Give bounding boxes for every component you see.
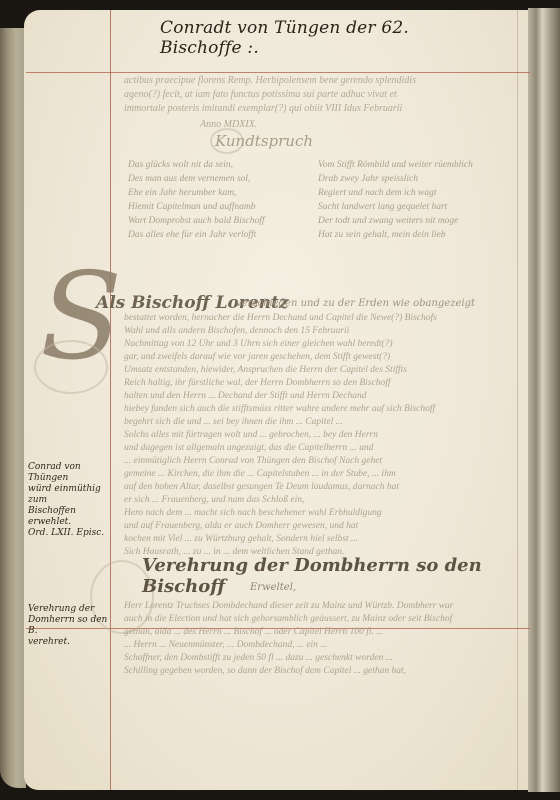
latin-line: immortale posteris imitandi exemplar(?) …	[124, 102, 514, 116]
margin-note-line: Domherrn so den B.	[28, 615, 110, 637]
section-heading: Verehrung der Dombherrn so den Bischoff	[142, 555, 560, 597]
header-rule	[26, 72, 530, 73]
body-line: auf den hohen Altar, daselbst gesungen T…	[124, 481, 516, 494]
verse-line: Sucht landwert lang gequelet hart	[318, 200, 518, 214]
verse-line: Das glücks wolt nit da sein,	[128, 158, 308, 172]
initial-flourish	[34, 340, 108, 394]
body-line: begehrt sich die und ... sei bey ihnen d…	[124, 416, 516, 429]
page-stack-left-edge	[0, 28, 26, 788]
margin-note-gifts: Verehrung der Domherrn so den B. verehre…	[28, 604, 110, 648]
body-line: Schaffner, den Dombstifft zu jeden 50 fl…	[124, 652, 516, 665]
body-line: halten und den Herrn ... Dechand der Sti…	[124, 390, 516, 403]
body-line: Solchs alles mit fürtragen wolt und ... …	[124, 429, 516, 442]
latin-anno: Anno MDXIX.	[200, 118, 560, 132]
body-line: ... Herrn ... Neuenmünster, ... Dombdech…	[124, 639, 516, 652]
margin-note-line: Conrad von Thüngen	[28, 462, 110, 484]
body-line: gemeine ... Kirchen, die ihm die ... Cap…	[124, 468, 516, 481]
body-line: Nachmittag von 12 Uhr und 3 Uhrn sich ei…	[124, 338, 516, 351]
verse-line: Des man aus dem vernemen sol,	[128, 172, 308, 186]
page-header: Conradt von Tüngen der 62. Bischoffe :.	[160, 18, 460, 58]
body-line: kochen mit Viel ... zu Würtzburg gehalt,…	[124, 533, 516, 546]
body-line: gar, und zweifels darauf wie vor jaren g…	[124, 351, 516, 364]
verse-line: Drab zwey Jahr speisslich	[318, 172, 518, 186]
body-line: bestattet worden, hernacher die Herrn De…	[124, 312, 516, 325]
verse-line: Vom Stifft Römbild und weiter rüemblich	[318, 158, 518, 172]
section-subheading: Erweltel,	[250, 582, 296, 593]
body-line: und auf Frauenberg, alda er auch Domherr…	[124, 520, 516, 533]
verse-line: Das alles ehe für ein Jahr verlofft	[128, 228, 308, 242]
verse-line: Hiemit Capitelman und auffnamb	[128, 200, 308, 214]
body-line: Umsatz entstanden, hiewider, Anspruchen …	[124, 364, 516, 377]
verse-line: Hat zu sein gehalt, mein dein lieb	[318, 228, 518, 242]
margin-note-line: Ord. LXII. Episc.	[28, 528, 110, 539]
body-line: er sich ... Frauenberg, und nam das Schl…	[124, 494, 516, 507]
body-line: hiebey funden sich auch die stifftsmäss …	[124, 403, 516, 416]
verse-line: Regiert und nach dem ich wagt	[318, 186, 518, 200]
margin-note-election: Conrad von Thüngen würd einmüthig zum Bi…	[28, 462, 110, 539]
margin-rule-left	[110, 10, 111, 790]
latin-line: actibus praecipue florens Remp. Herbipol…	[124, 74, 514, 88]
body-line: und dagegen ist allgemaln angezaigt, das…	[124, 442, 516, 455]
verse-line: Der todt und zwang weiters nit moge	[318, 214, 518, 228]
body-line: gethan, alda ... des Herrn ... Bischof .…	[124, 626, 516, 639]
margin-note-line: Verehrung der	[28, 604, 110, 615]
epitaph-title: Kundtspruch	[215, 132, 313, 150]
section-heading-continuation: verschieden und zu der Erden wie obangez…	[236, 298, 518, 309]
body-line: auch in die Election und hat sich gehors…	[124, 613, 516, 626]
verse-line: Wart Domprobst auch bald Bischoff	[128, 214, 308, 228]
margin-note-line: würd einmüthig zum	[28, 484, 110, 506]
body-line: Wahl und alls andern Bischofen, dennoch …	[124, 325, 516, 338]
body-line: Hero nach dem ... macht sich nach besche…	[124, 507, 516, 520]
latin-line: ageno(?) fecit, ut iam fato functus poti…	[124, 88, 514, 102]
body-line: Reich haltig, ihr fürstliche wal, der He…	[124, 377, 516, 390]
margin-note-line: Bischoffen erwehlet.	[28, 506, 110, 528]
body-line: Schilling gegeben worden, so dann der Bi…	[124, 665, 516, 678]
body-line: Herr Lorentz Truchses Dombdechand dieser…	[124, 600, 516, 613]
body-line: ... einmütiglich Herrn Conrad von Thünge…	[124, 455, 516, 468]
margin-note-line: verehret.	[28, 637, 110, 648]
verse-line: Ehe ein Jahr herumber kam,	[128, 186, 308, 200]
manuscript-scan: Conradt von Tüngen der 62. Bischoffe :. …	[0, 0, 560, 800]
